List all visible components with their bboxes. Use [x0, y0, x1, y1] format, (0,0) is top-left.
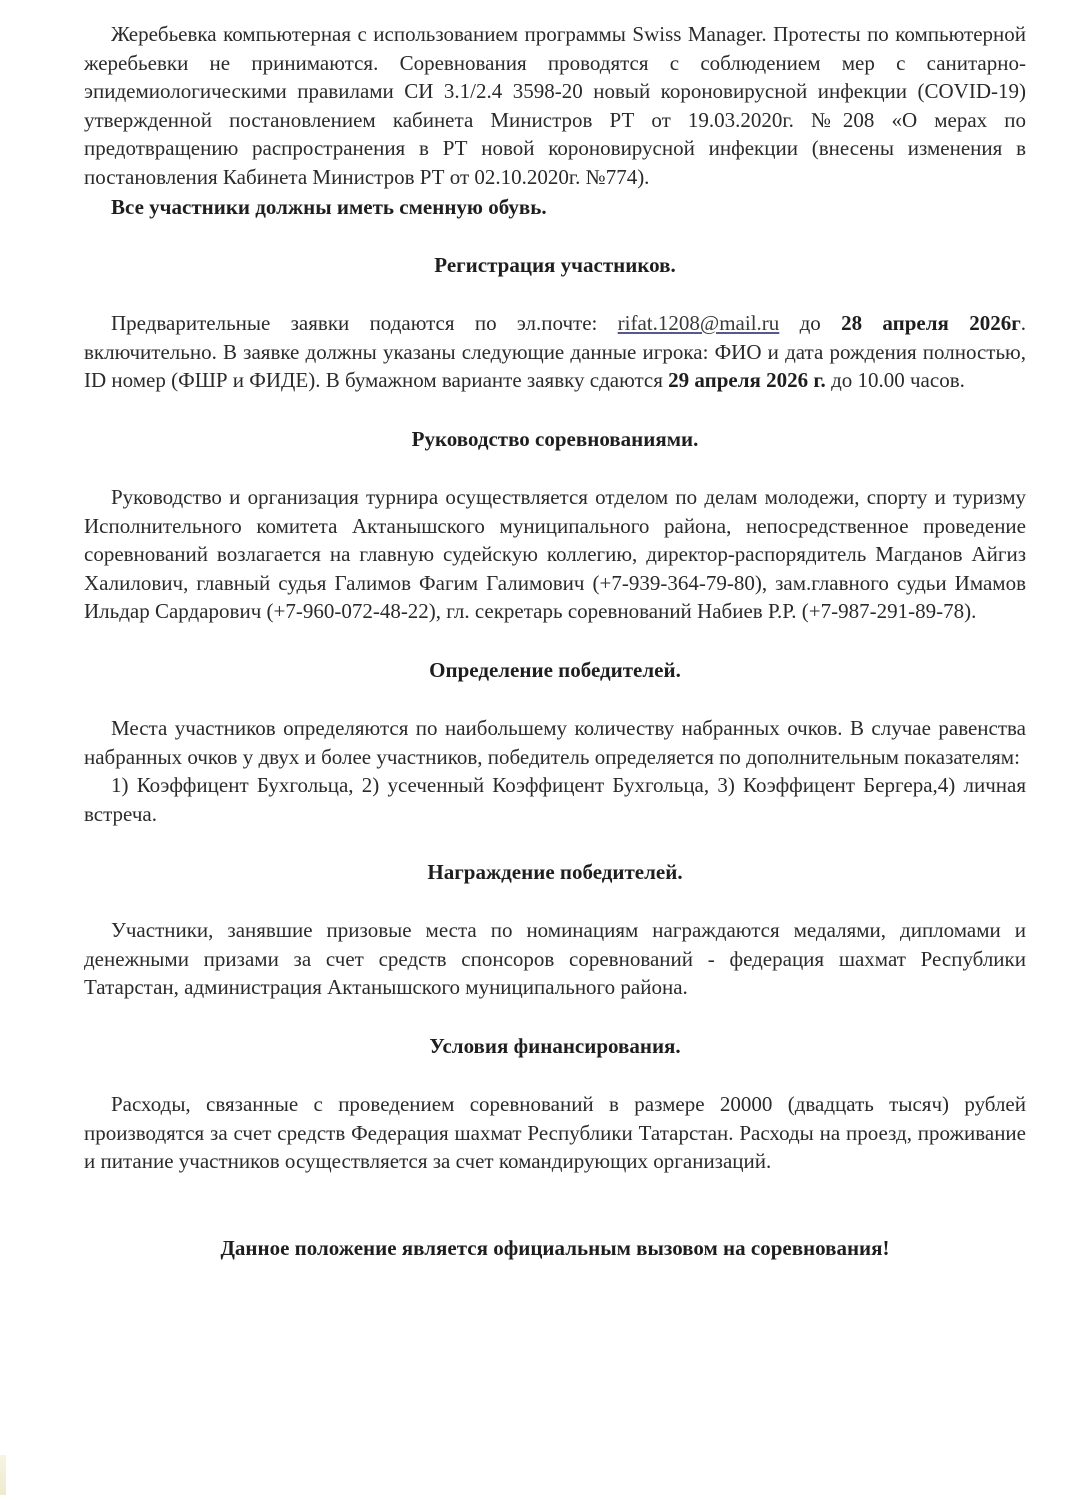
- management-heading: Руководство соревнованиями.: [84, 425, 1026, 453]
- management-paragraph: Руководство и организация турнира осущес…: [84, 483, 1026, 626]
- document-page: Жеребьевка компьютерная с использованием…: [84, 20, 1026, 1262]
- awards-heading: Награждение победителей.: [84, 858, 1026, 886]
- winners-paragraph: Места участников определяются по наиболь…: [84, 714, 1026, 771]
- awards-paragraph: Участники, занявшие призовые места по но…: [84, 916, 1026, 1002]
- shoes-note: Все участники должны иметь сменную обувь…: [84, 193, 1026, 222]
- scan-edge-artifact: [0, 1455, 6, 1495]
- tiebreaks-list: 1) Коэффицент Бухгольца, 2) усеченный Ко…: [84, 771, 1026, 828]
- registration-paragraph: Предварительные заявки подаются по эл.по…: [84, 309, 1026, 395]
- financing-paragraph: Расходы, связанные с проведением соревно…: [84, 1090, 1026, 1176]
- paper-deadline-date: 29 апреля 2026 г.: [668, 368, 826, 392]
- winners-heading: Определение победителей.: [84, 656, 1026, 684]
- email-link[interactable]: rifat.1208@mail.ru: [618, 311, 780, 335]
- deadline-date: 28 апреля 2026г: [841, 311, 1021, 335]
- intro-paragraph: Жеребьевка компьютерная с использованием…: [84, 20, 1026, 192]
- registration-heading: Регистрация участников.: [84, 251, 1026, 279]
- closing-statement: Данное положение является официальным вы…: [84, 1234, 1026, 1263]
- financing-heading: Условия финансирования.: [84, 1032, 1026, 1060]
